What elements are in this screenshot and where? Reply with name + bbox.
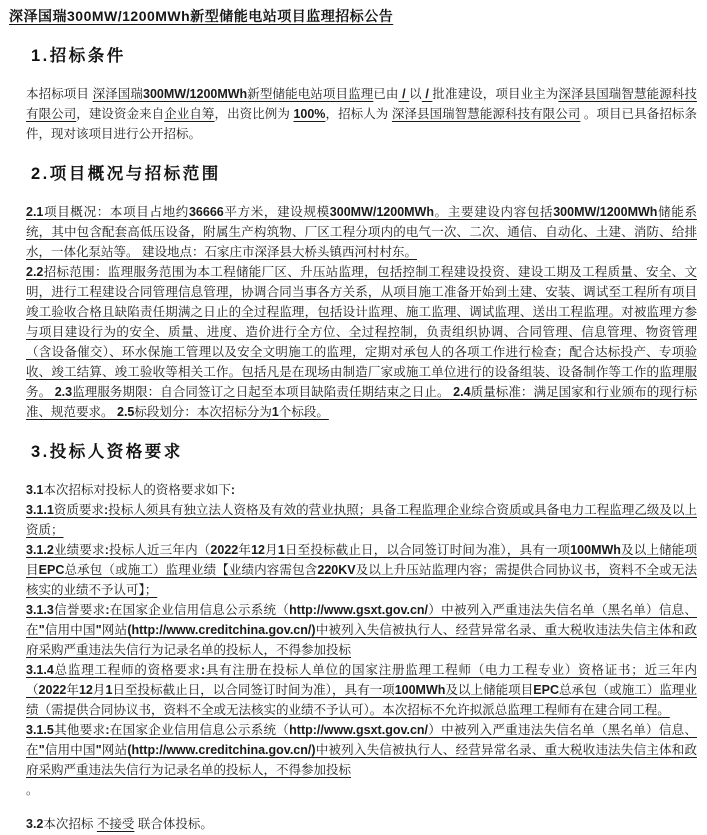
underlined-text: 不接受 [97, 817, 135, 831]
heading-bidder-qualifications: 3.投标人资格要求 [31, 442, 697, 462]
paragraph: 3.2本次招标 不接受 联合体投标。 [26, 814, 697, 834]
text-run: 3.2本次招标 [26, 817, 97, 831]
underlined-text: 深泽县国瑞智慧能源科技有限公司 [392, 107, 580, 121]
underlined-text: 3.1.1资质要求:投标人须具有独立法人资格及有效的营业执照；具备工程监理企业综… [26, 503, 697, 537]
underlined-text: 3.1.4总监理工程师的资格要求:具有注册在投标人单位的国家注册监理工程师（电力… [26, 663, 697, 717]
text-run: 批准建设，项目业主为 [432, 87, 558, 101]
text-run: 联合体投标。 [134, 817, 213, 831]
paragraphs-bid-conditions: 本招标项目 深泽国瑞300MW/1200MWh新型储能电站项目监理已由 / 以 … [26, 84, 697, 144]
underlined-text: 2.2招标范围：监理服务范围为本工程储能厂区、升压站监理，包括控制工程建设投资、… [26, 265, 697, 419]
section-bidder-qualifications: 3.投标人资格要求 3.1本次招标对投标人的资格要求如下:3.1.1资质要求:投… [26, 442, 697, 834]
underlined-text: 100% [293, 107, 325, 121]
paragraph: 。 [26, 780, 697, 800]
underlined-text: 3.1.2业绩要求:投标人近三年内（2022年12月1日至投标截止日，以合同签订… [26, 543, 697, 597]
paragraph: 3.1.3信誉要求:在国家企业信用信息公示系统（http://www.gsxt.… [26, 600, 697, 660]
text-run: 以 [409, 87, 422, 101]
paragraph: 3.1.1资质要求:投标人须具有独立法人资格及有效的营业执照；具备工程监理企业综… [26, 500, 697, 540]
document-page: 深泽国瑞300MW/1200MWh新型储能电站项目监理招标公告 1.招标条件 本… [0, 0, 707, 834]
paragraph: 本招标项目 深泽国瑞300MW/1200MWh新型储能电站项目监理已由 / 以 … [26, 84, 697, 144]
paragraph: 3.1.5其他要求:在国家企业信用信息公示系统（http://www.gsxt.… [26, 720, 697, 780]
text-run: ，建设资金来自 [76, 107, 164, 121]
text-run: 本招标项目 [26, 87, 93, 101]
text-run: ，出资比例为 [215, 107, 294, 121]
text-run: 3.1本次招标对投标人的资格要求如下: [26, 483, 235, 497]
underlined-text: 企业自筹 [164, 107, 214, 121]
paragraph: 2.1项目概况：本项目占地约36666平方米，建设规模300MW/1200MWh… [26, 202, 697, 262]
underlined-text: 3.1.5其他要求:在国家企业信用信息公示系统（http://www.gsxt.… [26, 723, 697, 777]
paragraph: 3.1本次招标对投标人的资格要求如下: [26, 480, 697, 500]
text-run: 。 [26, 783, 39, 797]
section-project-overview: 2.项目概况与招标范围 2.1项目概况：本项目占地约36666平方米，建设规模3… [26, 164, 697, 422]
text-run: ，招标人为 [325, 107, 391, 121]
underlined-text: 深泽国瑞300MW/1200MWh新型储能电站项目监理招标公告 [9, 8, 393, 24]
underlined-text: / [399, 87, 410, 101]
paragraph: 3.1.4总监理工程师的资格要求:具有注册在投标人单位的国家注册监理工程师（电力… [26, 660, 697, 720]
text-run: 已由 [373, 87, 398, 101]
underlined-text: 3.1.3信誉要求:在国家企业信用信息公示系统（http://www.gsxt.… [26, 603, 697, 657]
heading-project-overview: 2.项目概况与招标范围 [31, 164, 697, 184]
underlined-text: / [422, 87, 433, 101]
underlined-text: 2.1项目概况：本项目占地约36666平方米，建设规模300MW/1200MWh… [26, 205, 697, 259]
document-title: 深泽国瑞300MW/1200MWh新型储能电站项目监理招标公告 [9, 6, 697, 26]
paragraph: 3.1.2业绩要求:投标人近三年内（2022年12月1日至投标截止日，以合同签订… [26, 540, 697, 600]
paragraph: 2.2招标范围：监理服务范围为本工程储能厂区、升压站监理，包括控制工程建设投资、… [26, 262, 697, 422]
section-bid-conditions: 1.招标条件 本招标项目 深泽国瑞300MW/1200MWh新型储能电站项目监理… [26, 46, 697, 144]
heading-bid-conditions: 1.招标条件 [31, 46, 697, 66]
paragraphs-project-overview: 2.1项目概况：本项目占地约36666平方米，建设规模300MW/1200MWh… [26, 202, 697, 422]
underlined-text: 深泽国瑞300MW/1200MWh新型储能电站项目监理 [93, 87, 374, 101]
paragraphs-bidder-qualifications: 3.1本次招标对投标人的资格要求如下:3.1.1资质要求:投标人须具有独立法人资… [26, 480, 697, 834]
